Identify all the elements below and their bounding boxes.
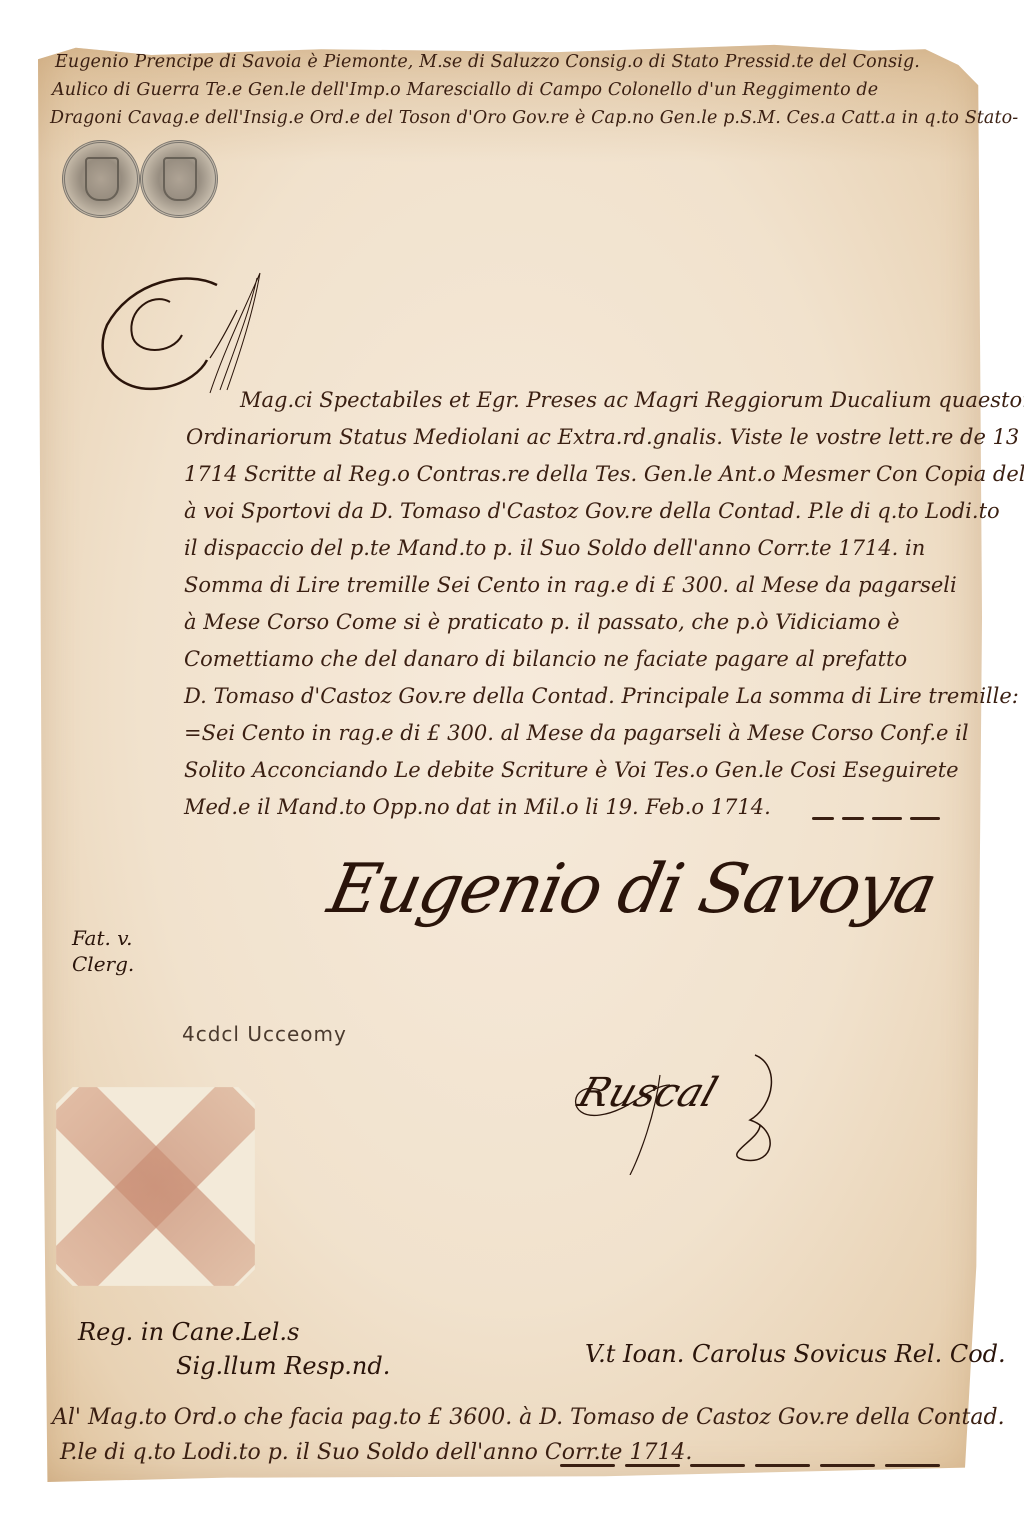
header-line-3: Dragoni Cavag.e dell'Insig.e Ord.e del T… [50, 108, 1018, 128]
body-line-3: 1714 Scritte al Reg.o Contras.re della T… [184, 462, 1024, 486]
body-line-7: à Mese Corso Come si è praticato p. il p… [184, 610, 900, 634]
line-filler-dash [910, 817, 940, 820]
header-line-2: Aulico di Guerra Te.e Gen.le dell'Imp.o … [52, 80, 878, 100]
line-filler-dash [625, 1464, 680, 1467]
body-line-2: Ordinariorum Status Mediolani ac Extra.r… [186, 425, 1024, 449]
body-line-10: =Sei Cento in rag.e di £ 300. al Mese da… [184, 721, 969, 745]
footer-line-1: Al' Mag.to Ord.o che facia pag.to £ 3600… [52, 1405, 1005, 1430]
pencil-annotation: 4cdcl Ucceomy [182, 1022, 347, 1046]
line-filler-dash [755, 1464, 810, 1467]
line-filler-dash [812, 817, 834, 820]
header-line-1: Eugenio Prencipe di Savoia è Piemonte, M… [55, 52, 920, 72]
body-line-11: Solito Acconciando Le debite Scriture è … [184, 758, 959, 782]
registry-note-line-2: Sig.llum Resp.nd. [176, 1352, 390, 1380]
stamp-seal-left-icon [62, 140, 140, 218]
registry-note-line-1: Reg. in Cane.Lel.s [78, 1318, 299, 1346]
body-line-4: à voi Sportovi da D. Tomaso d'Castoz Gov… [184, 499, 1000, 523]
line-filler-dash [820, 1464, 875, 1467]
line-filler-dash [872, 817, 902, 820]
body-line-9: D. Tomaso d'Castoz Gov.re della Contad. … [184, 684, 1019, 708]
body-line-5: il dispaccio del p.te Mand.to p. il Suo … [184, 536, 925, 560]
line-filler-dash [690, 1464, 745, 1467]
countersignature-flourish-icon [560, 1045, 800, 1175]
initial-m-flourish-icon [205, 268, 265, 398]
body-line-6: Somma di Lire tremille Sei Cento in rag.… [184, 573, 957, 597]
stamp-seal-right-icon [140, 140, 218, 218]
secretary-signature-line: V.t Ioan. Carolus Sovicus Rel. Cod. [585, 1340, 1006, 1368]
line-filler-dash [560, 1464, 615, 1467]
red-x-paper-seal [52, 1083, 259, 1290]
body-line-1: Mag.ci Spectabiles et Egr. Preses ac Mag… [240, 388, 1024, 412]
body-line-8: Comettiamo che del danaro di bilancio ne… [184, 647, 907, 671]
footer-line-2: P.le di q.to Lodi.to p. il Suo Soldo del… [60, 1440, 692, 1465]
line-filler-dash [842, 817, 864, 820]
line-filler-dash [885, 1464, 940, 1467]
signature-eugenio-di-savoya: Eugenio di Savoya [322, 850, 942, 929]
body-line-12: Med.e il Mand.to Opp.no dat in Mil.o li … [184, 795, 771, 819]
margin-note-left: Fat. v. Clerg. [72, 925, 152, 977]
